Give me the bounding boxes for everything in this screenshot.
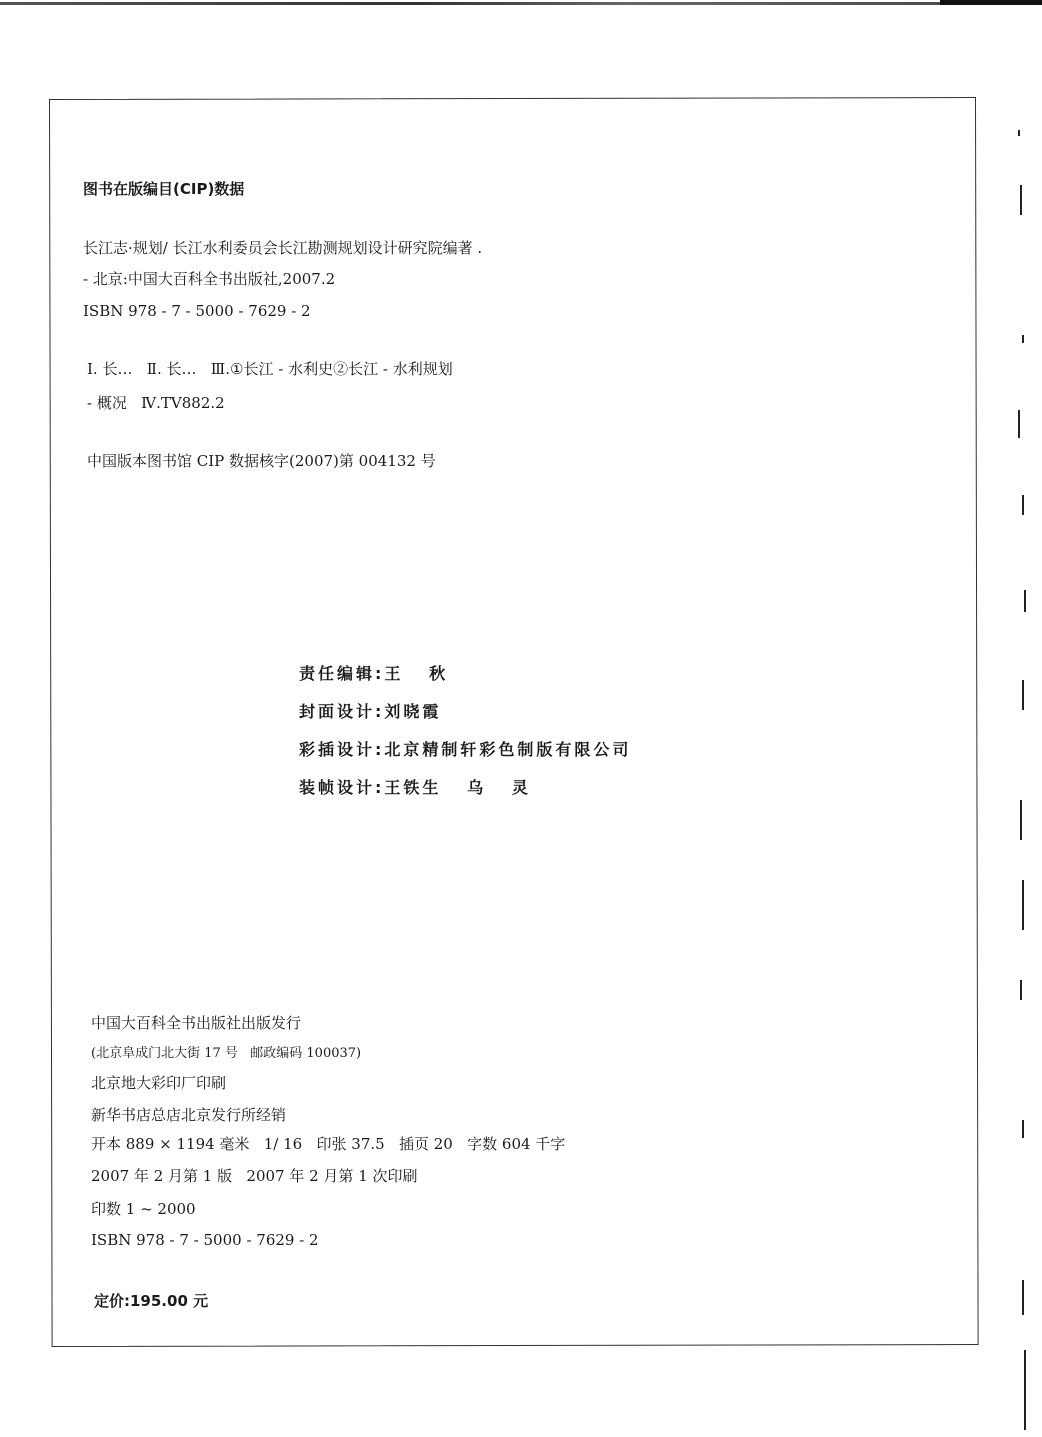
publisher-address: (北京阜成门北大街 17 号 邮政编码 100037)	[91, 1045, 361, 1063]
credit-row-editor: 责任编辑: 王 秋	[299, 664, 448, 684]
credit-value: 王铁生 乌 灵	[384, 778, 530, 798]
edition-line: 2007 年 2 月第 1 版 2007 年 2 月第 1 次印刷	[91, 1167, 418, 1185]
credit-label: 责任编辑:	[299, 664, 384, 684]
printer-line: 北京地大彩印厂印刷	[91, 1074, 226, 1092]
credit-row-binding-design: 装帧设计: 王铁生 乌 灵	[299, 778, 531, 798]
cip-title-line: 长江志·规划/ 长江水利委员会长江勘测规划设计研究院编著 .	[83, 239, 482, 257]
format-line: 开本 889 × 1194 毫米 1/ 16 印张 37.5 插页 20 字数 …	[91, 1135, 565, 1153]
cip-library-record: 中国版本图书馆 CIP 数据核字(2007)第 004132 号	[87, 452, 436, 470]
credit-row-illustration-design: 彩插设计: 北京精制轩彩色制版有限公司	[299, 740, 631, 760]
isbn-line: ISBN 978 - 7 - 5000 - 7629 - 2	[91, 1231, 319, 1249]
credit-value: 北京精制轩彩色制版有限公司	[384, 740, 631, 760]
top-edge-rule	[0, 2, 1042, 5]
credit-label: 封面设计:	[299, 702, 384, 722]
print-run-line: 印数 1 ~ 2000	[91, 1200, 196, 1218]
scan-edge-marks	[1010, 100, 1040, 1437]
publisher-line: 中国大百科全书出版社出版发行	[91, 1014, 301, 1032]
cip-classification-line-2: - 概况 Ⅳ.TV882.2	[87, 394, 225, 412]
credit-label: 装帧设计:	[299, 778, 384, 798]
distributor-line: 新华书店总店北京发行所经销	[91, 1106, 286, 1124]
price-line: 定价:195.00 元	[94, 1292, 208, 1310]
top-edge-mark	[940, 0, 1042, 5]
credit-label: 彩插设计:	[299, 740, 384, 760]
credit-value: 王 秋	[384, 664, 448, 684]
cip-publisher-line: - 北京:中国大百科全书出版社,2007.2	[83, 270, 335, 288]
cip-isbn-line: ISBN 978 - 7 - 5000 - 7629 - 2	[83, 302, 311, 320]
cip-heading: 图书在版编目(CIP)数据	[83, 180, 244, 198]
credit-row-cover-design: 封面设计: 刘晓霞	[299, 702, 441, 722]
credit-value: 刘晓霞	[384, 702, 441, 722]
cip-classification-line-1: Ⅰ. 长… Ⅱ. 长… Ⅲ.①长江 - 水利史②长江 - 水利规划	[87, 360, 453, 378]
